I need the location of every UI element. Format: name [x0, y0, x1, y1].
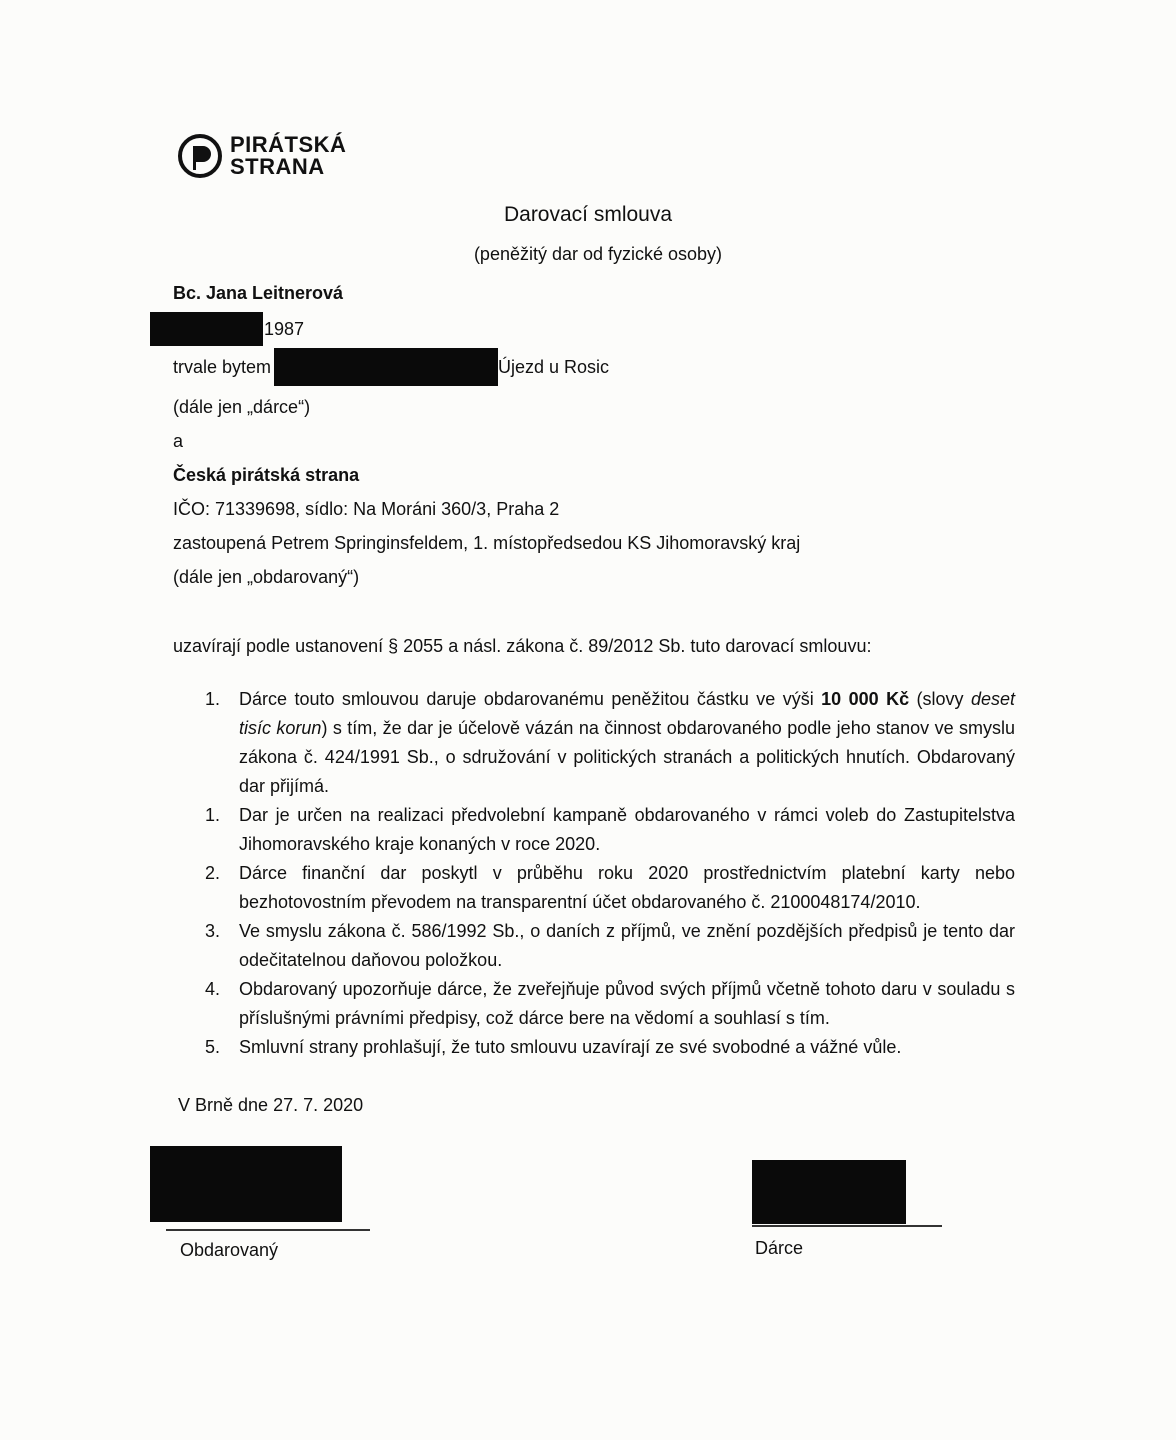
- logo-line2: STRANA: [230, 156, 346, 178]
- signature-line-right: [752, 1225, 942, 1227]
- signature-label-donor: Dárce: [755, 1238, 803, 1259]
- redaction-birthdate: [150, 312, 263, 346]
- party-logo: PIRÁTSKÁ STRANA: [178, 134, 346, 178]
- clause: 1. Dárce touto smlouvou daruje obdarovan…: [205, 685, 1015, 801]
- signature-line-left: [166, 1229, 370, 1231]
- pirate-flag-icon: [178, 134, 222, 178]
- conjunction: a: [173, 431, 183, 452]
- donor-alias: (dále jen „dárce“): [173, 397, 310, 418]
- donation-amount: 10 000 Kč: [821, 689, 909, 709]
- clause: 3.Ve smyslu zákona č. 586/1992 Sb., o da…: [205, 917, 1015, 975]
- recipient-name: Česká pirátská strana: [173, 465, 359, 486]
- recipient-ico: IČO: 71339698, sídlo: Na Moráni 360/3, P…: [173, 499, 559, 520]
- signature-label-recipient: Obdarovaný: [180, 1240, 278, 1261]
- logo-line1: PIRÁTSKÁ: [230, 134, 346, 156]
- document-title: Darovací smlouva: [0, 203, 1176, 227]
- donor-address-suffix: Újezd u Rosic: [498, 357, 609, 378]
- clause: 1.Dar je určen na realizaci předvolební …: [205, 801, 1015, 859]
- redaction-address: [274, 348, 498, 386]
- clause: 2.Dárce finanční dar poskytl v průběhu r…: [205, 859, 1015, 917]
- place-and-date: V Brně dne 27. 7. 2020: [178, 1095, 363, 1116]
- clause: 5.Smluvní strany prohlašují, že tuto sml…: [205, 1033, 1015, 1062]
- recipient-alias: (dále jen „obdarovaný“): [173, 567, 359, 588]
- redaction-signature-right: [752, 1160, 906, 1224]
- donor-name: Bc. Jana Leitnerová: [173, 283, 343, 304]
- donor-address-prefix: trvale bytem: [173, 357, 271, 378]
- clause: 4.Obdarovaný upozorňuje dárce, že zveřej…: [205, 975, 1015, 1033]
- document-subtitle: (peněžitý dar od fyzické osoby): [0, 244, 1176, 265]
- redaction-signature-left: [150, 1146, 342, 1222]
- donor-birth-year: 1987: [264, 319, 304, 340]
- contract-intro: uzavírají podle ustanovení § 2055 a násl…: [173, 636, 871, 657]
- recipient-represented: zastoupená Petrem Springinsfeldem, 1. mí…: [173, 533, 800, 554]
